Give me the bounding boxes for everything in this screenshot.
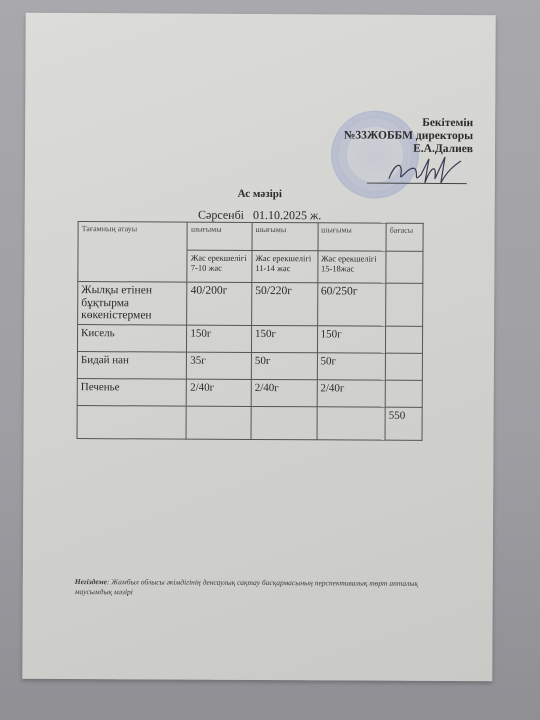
yield-15-18: [317, 407, 386, 440]
yield-11-14: 2/40г: [251, 379, 317, 406]
header-yield-2: шығымы: [252, 222, 318, 250]
table-row: Бидай нан 35г 50г 50г: [77, 352, 422, 381]
age-group-7-10: Жас ерекшелігі 7-10 жас: [187, 250, 252, 282]
header-yield-1: шығымы: [187, 222, 252, 250]
yield-7-10: [186, 406, 251, 439]
price: [386, 326, 423, 353]
yield-11-14: 50г: [251, 352, 317, 379]
yield-7-10: 150г: [187, 325, 252, 352]
table-total-row: 550: [77, 406, 422, 441]
yield-11-14: 150г: [251, 325, 317, 352]
price: [386, 283, 423, 326]
yield-15-18: 60/250г: [317, 283, 386, 326]
header-price: бағасы: [386, 223, 423, 251]
approval-title: Бекітемін: [344, 116, 473, 130]
menu-table: Тағамның атауы шығымы шығымы шығымы баға…: [77, 221, 424, 441]
basis-note: Негіздеме: Жамбыл облысы әкімдігінің ден…: [75, 577, 455, 599]
empty-cell: [386, 251, 423, 283]
dish-name: Бидай нан: [77, 352, 186, 380]
yield-15-18: 50г: [317, 353, 386, 380]
dish-name: [77, 406, 187, 440]
dish-name: Печенье: [77, 379, 186, 407]
approval-position: №33ЖОББМ директоры: [344, 129, 473, 143]
day-of-week: Сәрсенбі: [198, 208, 244, 222]
table-row: Печенье 2/40г 2/40г 2/40г: [77, 379, 422, 408]
dish-name: Жылқы етінен бұқтырма көкеністермен: [78, 282, 188, 326]
approval-block: Бекітемін №33ЖОББМ директоры Е.А.Далиев: [344, 116, 473, 156]
dish-name: Кисель: [77, 325, 186, 353]
menu-date: 01.10.2025 ж.: [253, 208, 321, 222]
yield-7-10: 2/40г: [187, 379, 252, 406]
price: [385, 353, 422, 380]
yield-7-10: 40/200г: [187, 282, 252, 325]
yield-11-14: 50/220г: [252, 282, 318, 325]
table-row: Кисель 150г 150г 150г: [77, 325, 422, 354]
table-header-row: Тағамның атауы шығымы шығымы шығымы баға…: [78, 222, 423, 252]
price: [385, 380, 422, 407]
yield-11-14: [251, 406, 317, 439]
yield-15-18: 2/40г: [317, 380, 386, 407]
age-group-11-14: Жас ерекшелігі 11-14 жас: [252, 250, 318, 282]
table-row: Жылқы етінен бұқтырма көкеністермен 40/2…: [78, 282, 423, 327]
total-price: 550: [385, 407, 422, 440]
header-dish-name: Тағамның атауы: [78, 222, 188, 283]
document-title: Ас мәзірі: [25, 187, 495, 201]
age-group-15-18: Жас ерекшелігі 15-18жас: [317, 251, 386, 283]
yield-7-10: 35г: [187, 352, 252, 379]
basis-label: Негіздеме: [75, 577, 107, 586]
basis-text: : Жамбыл облысы әкімдігінің денсаулық са…: [75, 577, 418, 596]
header-yield-3: шығымы: [318, 223, 387, 251]
yield-15-18: 150г: [317, 326, 386, 353]
document-page: Бекітемін №33ЖОББМ директоры Е.А.Далиев …: [22, 13, 495, 681]
